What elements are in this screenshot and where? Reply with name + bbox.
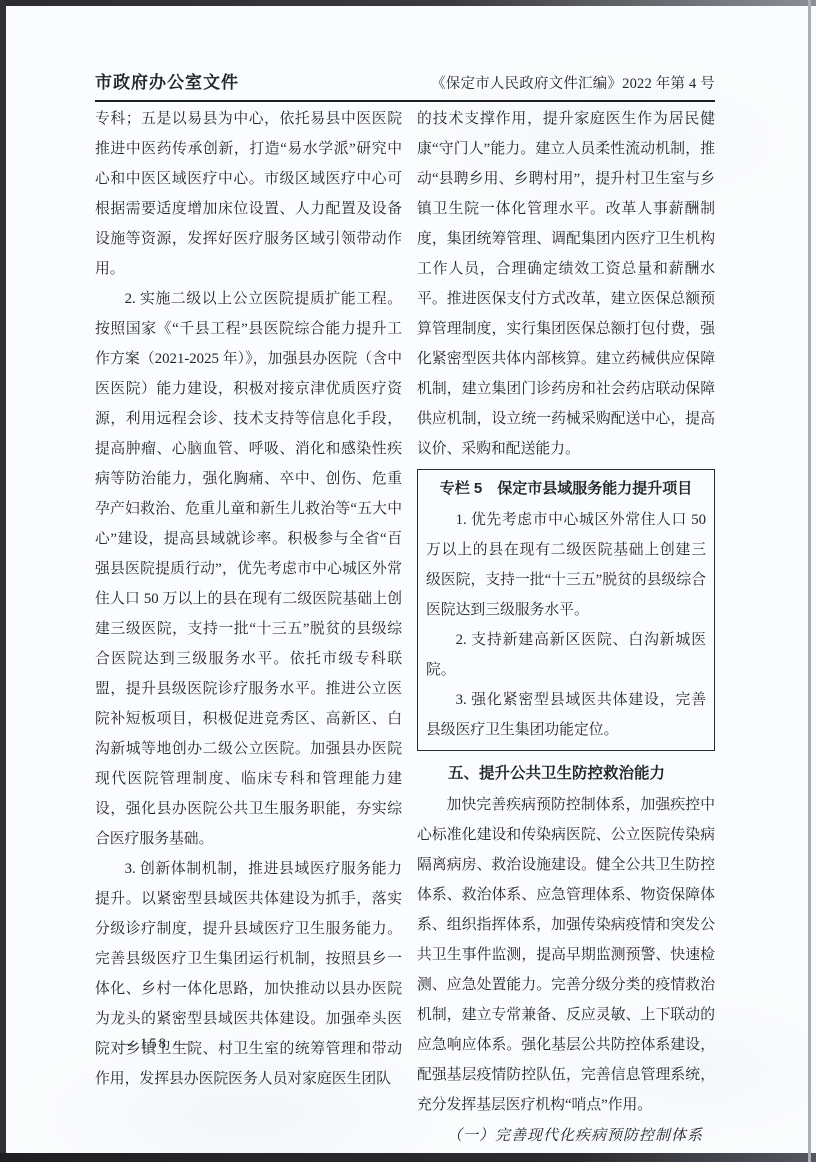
paragraph-continuation-left: 专科；五是以易县为中心，依托易县中医医院推进中医药传承创新，打造“易水学派”研究… (95, 104, 402, 284)
scan-edge-bottom (0, 1153, 816, 1162)
section-heading-5: 五、提升公共卫生防控救治能力 (417, 758, 715, 790)
page-header: 市政府办公室文件 《保定市人民政府文件汇编》2022 年第 4 号 (95, 68, 715, 102)
box-title: 专栏 5 保定市县域服务能力提升项目 (426, 473, 706, 505)
right-column: 的技术支撑作用，提升家庭医生作为居民健康“守门人”能力。建立人员柔性流动机制，推… (417, 104, 715, 1152)
paragraph-continuation-right: 的技术支撑作用，提升家庭医生作为居民健康“守门人”能力。建立人员柔性流动机制，推… (417, 104, 715, 464)
paragraph-public-health: 加快完善疾病预防控制体系，加强疾控中心标准化建设和传染病医院、公立医院传染病隔离… (417, 790, 715, 1120)
left-column: 专科；五是以易县为中心，依托易县中医医院推进中医药传承创新，打造“易水学派”研究… (95, 104, 402, 1152)
paragraph-item-3: 3. 创新体制机制，推进县域医疗服务能力提升。以紧密型县域医共体建设为抓手，落实… (95, 854, 402, 1094)
page-number: — 158 — (118, 1036, 190, 1053)
sidebar-box-column-5: 专栏 5 保定市县域服务能力提升项目 1. 优先考虑市中心城区外常住人口 50 … (417, 469, 715, 751)
scan-edge-top (0, 0, 816, 6)
subsection-heading-1: （一）完善现代化疾病预防控制体系 (417, 1120, 715, 1152)
scan-edge-right (808, 0, 811, 1162)
header-compilation-title: 《保定市人民政府文件汇编》2022 年第 4 号 (431, 72, 715, 93)
header-doc-type: 市政府办公室文件 (95, 68, 239, 93)
document-page: 市政府办公室文件 《保定市人民政府文件汇编》2022 年第 4 号 专科；五是以… (0, 0, 816, 1162)
page-body: 专科；五是以易县为中心，依托易县中医医院推进中医药传承创新，打造“易水学派”研究… (95, 104, 715, 1152)
scan-edge-left (0, 0, 6, 1162)
box-item-3: 3. 强化紧密型县域医共体建设，完善县级医疗卫生集团功能定位。 (426, 685, 706, 745)
paragraph-item-2: 2. 实施二级以上公立医院提质扩能工程。按照国家《“千县工程”县医院综合能力提升… (95, 284, 402, 854)
box-item-1: 1. 优先考虑市中心城区外常住人口 50 万以上的县在现有二级医院基础上创建三级… (426, 505, 706, 625)
box-item-2: 2. 支持新建高新区医院、白沟新城医院。 (426, 625, 706, 685)
